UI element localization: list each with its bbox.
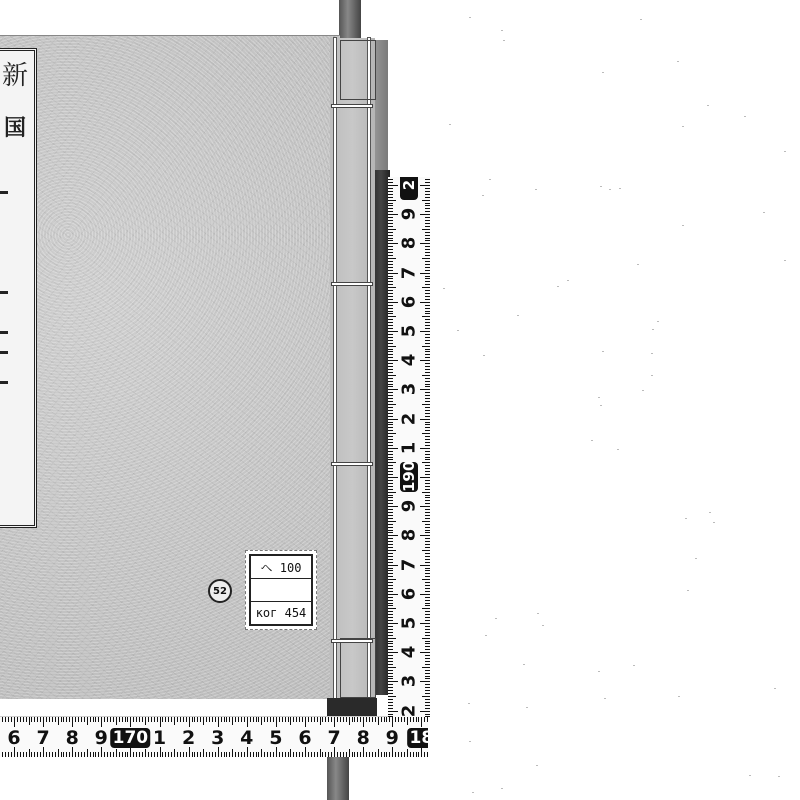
title-mark: [0, 381, 8, 384]
support-strap-bottom: [327, 755, 349, 800]
ruler-label: 9: [399, 199, 420, 229]
ownership-stamp: 52: [208, 579, 232, 603]
spine-line: [334, 38, 336, 698]
ruler-label: 7: [327, 727, 340, 749]
book-shadow: [327, 698, 377, 716]
ruler-label: 5: [399, 608, 420, 638]
ruler-label: 5: [399, 316, 420, 346]
ruler-label: 7: [399, 550, 420, 580]
ruler-label: 4: [240, 727, 253, 749]
title-strip: 新 国: [0, 48, 37, 528]
ruler-label: 2: [399, 696, 420, 717]
ruler-label: 2: [400, 177, 418, 200]
title-mark: [0, 191, 8, 194]
ruler-label: 8: [399, 228, 420, 258]
title-char: 国: [0, 111, 30, 142]
ruler-label: 2: [182, 727, 195, 749]
ruler-label: 190: [400, 462, 418, 492]
title-char: 新: [0, 55, 30, 92]
spine-line: [368, 38, 370, 698]
ruler-label: 4: [399, 345, 420, 375]
label-row: [251, 579, 311, 602]
ruler-label: 8: [66, 727, 79, 749]
ruler-label: 9: [95, 727, 108, 749]
stitch: [332, 463, 372, 465]
ruler-label: 7: [399, 258, 420, 288]
ruler-label: 6: [399, 287, 420, 317]
corner-binding-top: [340, 40, 376, 100]
ruler-label: 6: [399, 579, 420, 609]
ruler-label: 3: [211, 727, 224, 749]
ruler-label: 3: [399, 666, 420, 696]
library-label: ヘ 100 ког 454: [245, 550, 317, 630]
ruler-label: 5: [269, 727, 282, 749]
ruler-label: 170: [111, 728, 151, 748]
ruler-label: 18: [408, 728, 428, 748]
ruler-label: 8: [399, 520, 420, 550]
ruler-label: 7: [36, 727, 49, 749]
title-mark: [0, 331, 8, 334]
ruler-label: 6: [7, 727, 20, 749]
ruler-label: 2: [399, 404, 420, 434]
ruler-label: 1: [153, 727, 166, 749]
support-strap-top: [339, 0, 361, 40]
ruler-label: 1: [399, 433, 420, 463]
stitch: [332, 105, 372, 107]
ruler-label: 8: [357, 727, 370, 749]
ruler-label: 6: [298, 727, 311, 749]
label-row: ヘ 100: [251, 556, 311, 579]
stitch: [332, 283, 372, 285]
ruler-label: 4: [399, 637, 420, 667]
title-mark: [0, 291, 8, 294]
title-mark: [0, 351, 8, 354]
label-row: ког 454: [251, 602, 311, 624]
ruler-label: 3: [399, 374, 420, 404]
corner-binding-bottom: [340, 638, 376, 698]
ruler-vertical: 298765432119098765432: [388, 177, 430, 717]
ruler-label: 9: [399, 491, 420, 521]
ruler-label: 9: [386, 727, 399, 749]
ruler-horizontal: 678917012345678918: [0, 716, 428, 757]
stitch: [332, 640, 372, 642]
